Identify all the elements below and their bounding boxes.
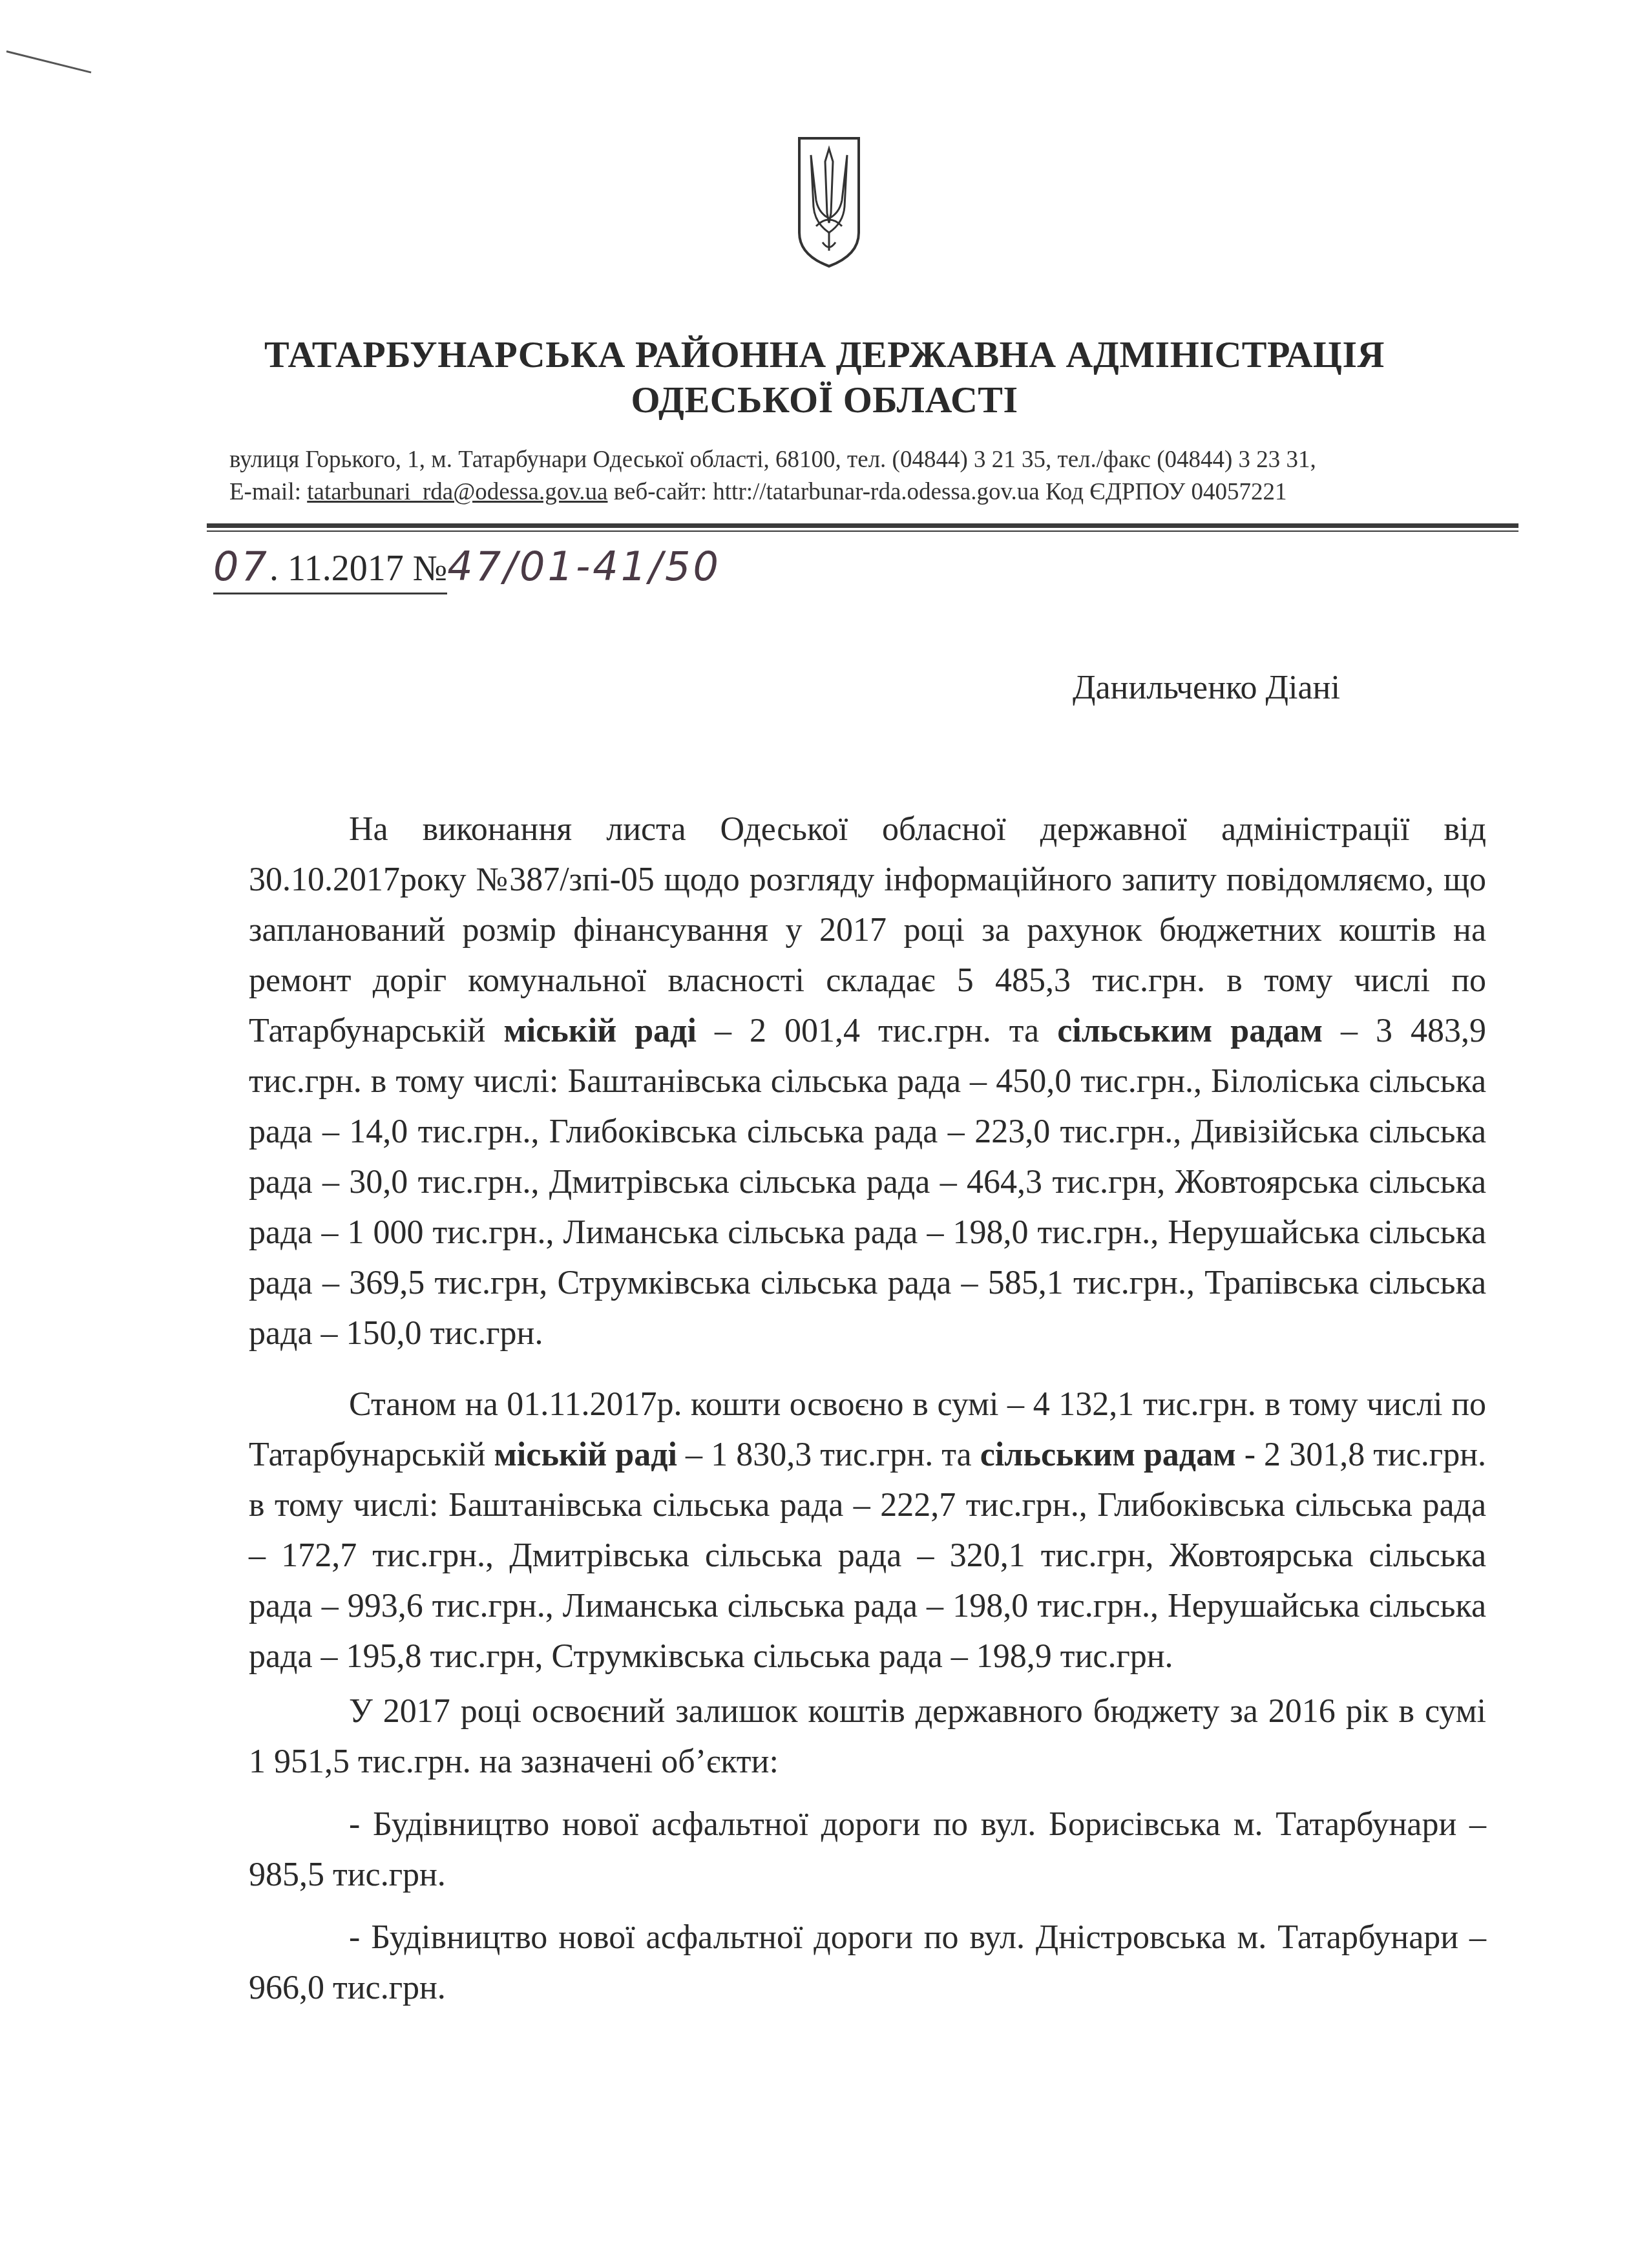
handwritten-number: 47/01-41/50 — [447, 543, 721, 590]
paragraph-spent-funds: Станом на 01.11.2017р. кошти освоєно в с… — [249, 1380, 1486, 1682]
registration-date: 07. 11.2017 № — [213, 549, 447, 594]
contact-line: E-mail: tatarbunari_rda@odessa.gov.ua ве… — [229, 478, 1483, 506]
trident-icon — [797, 136, 861, 268]
bold-text: міській раді — [494, 1436, 677, 1473]
text: – 3 483,9 тис.грн. в тому числі: Баштані… — [249, 1013, 1486, 1352]
header-divider-thin — [207, 530, 1518, 532]
header-divider-thick — [207, 523, 1518, 528]
registration-line: 07. 11.2017 №47/01-41/50 — [213, 543, 721, 590]
printed-date: . 11.2017 № — [269, 549, 447, 589]
bold-text: міській раді — [503, 1013, 697, 1049]
list-item-dnistrovska: - Будівництво нової асфальтної дороги по… — [249, 1913, 1486, 2013]
organization-name: ТАТАРБУНАРСЬКА РАЙОННА ДЕРЖАВНА АДМІНІСТ… — [0, 333, 1649, 376]
addressee: Данильченко Діані — [1073, 669, 1340, 707]
paragraph-planned-funding: На виконання листа Одеської обласної дер… — [249, 804, 1486, 1359]
organization-region: ОДЕСЬКОЇ ОБЛАСТІ — [0, 378, 1649, 421]
scan-mark — [6, 50, 92, 74]
list-item-borysivska: - Будівництво нової асфальтної дороги по… — [249, 1800, 1486, 1900]
email-label: E-mail: — [229, 479, 307, 505]
paragraph-state-budget: У 2017 році освоєний залишок коштів держ… — [249, 1686, 1486, 1787]
bold-text: сільським радам — [980, 1436, 1236, 1473]
website-and-code: веб-сайт: httr://tatarbunar-rda.odessa.g… — [607, 479, 1287, 505]
text: – 1 830,3 тис.грн. та — [677, 1436, 980, 1473]
handwritten-day: 07 — [213, 543, 269, 590]
text: – 2 001,4 тис.грн. та — [697, 1013, 1057, 1049]
email-link[interactable]: tatarbunari_rda@odessa.gov.ua — [307, 479, 607, 505]
address-line: вулиця Горького, 1, м. Татарбунари Одесь… — [229, 446, 1483, 474]
bold-text: сільським радам — [1057, 1013, 1323, 1049]
